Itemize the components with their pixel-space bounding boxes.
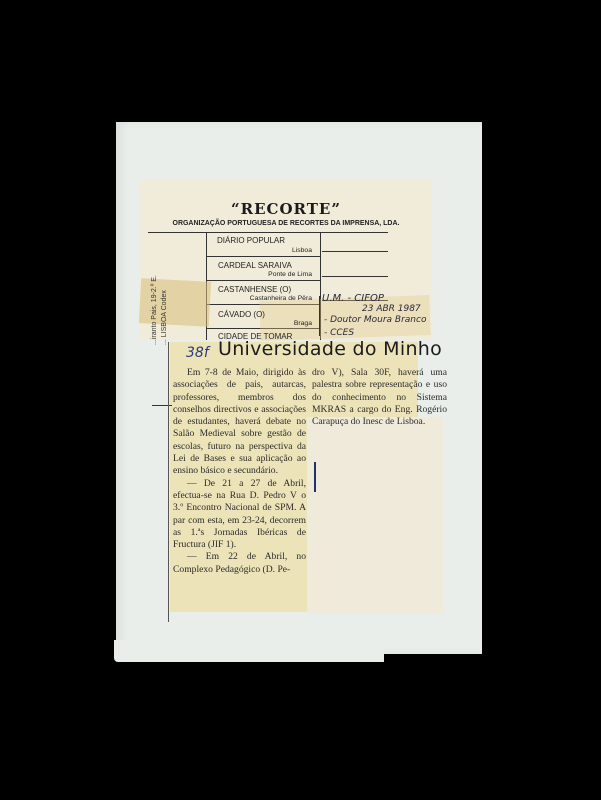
article-column-left: Em 7-8 de Maio, dirigido às associações … (173, 367, 306, 576)
handwritten-dept: - CCES (324, 328, 354, 338)
article-column-right: dro V), Sala 30F, haverá uma palestra so… (312, 367, 447, 428)
table-top-rule (148, 232, 388, 233)
blank-rule (322, 276, 388, 277)
row-rule (206, 256, 320, 257)
handwritten-date: 23 ABR 1987 (362, 304, 421, 314)
article-blank-area (307, 417, 443, 614)
publication-city: Ponte de Lima (202, 271, 312, 278)
clipping-edge (168, 342, 169, 622)
service-title: “RECORTE” (140, 200, 432, 218)
paper-curled-corner (114, 640, 384, 662)
service-address: ...iranto Pais, 19-2.º E. ... LISBOA Cod… (150, 275, 170, 345)
service-subtitle: ORGANIZAÇÃO PORTUGUESA DE RECORTES DA IM… (152, 218, 421, 227)
publication-name: DIÁRIO POPULAR (217, 236, 285, 245)
publication-city: Braga (202, 320, 312, 327)
article-paragraph: dro V), Sala 30F, haverá uma palestra so… (312, 367, 447, 428)
article-paragraph: — De 21 a 27 de Abril, efectua-se na Rua… (173, 478, 306, 552)
handwritten-ref-number: 38f (186, 345, 209, 361)
row-rule (206, 280, 320, 281)
blank-rule (322, 251, 388, 252)
article-paragraph: Em 7-8 de Maio, dirigido às associações … (173, 367, 306, 478)
publication-name: CARDEAL SARAIVA (218, 261, 292, 270)
pen-mark (314, 462, 316, 492)
publication-name: CASTANHENSE (O) (218, 285, 291, 294)
pen-mark (152, 405, 172, 406)
article-paragraph: — Em 22 de Abril, no Complexo Pedagógico… (173, 551, 306, 576)
handwritten-org: U.M. - CIFOP (322, 293, 384, 304)
publication-name: CÁVADO (O) (218, 310, 265, 319)
publication-city: Lisboa (202, 247, 312, 254)
handwritten-name: - Doutor Moura Branco (324, 315, 426, 325)
article-headline: Universidade do Minho (218, 338, 442, 360)
handwritten-bracket (319, 296, 320, 336)
publication-city: Castanheira de Pêra (202, 295, 312, 302)
